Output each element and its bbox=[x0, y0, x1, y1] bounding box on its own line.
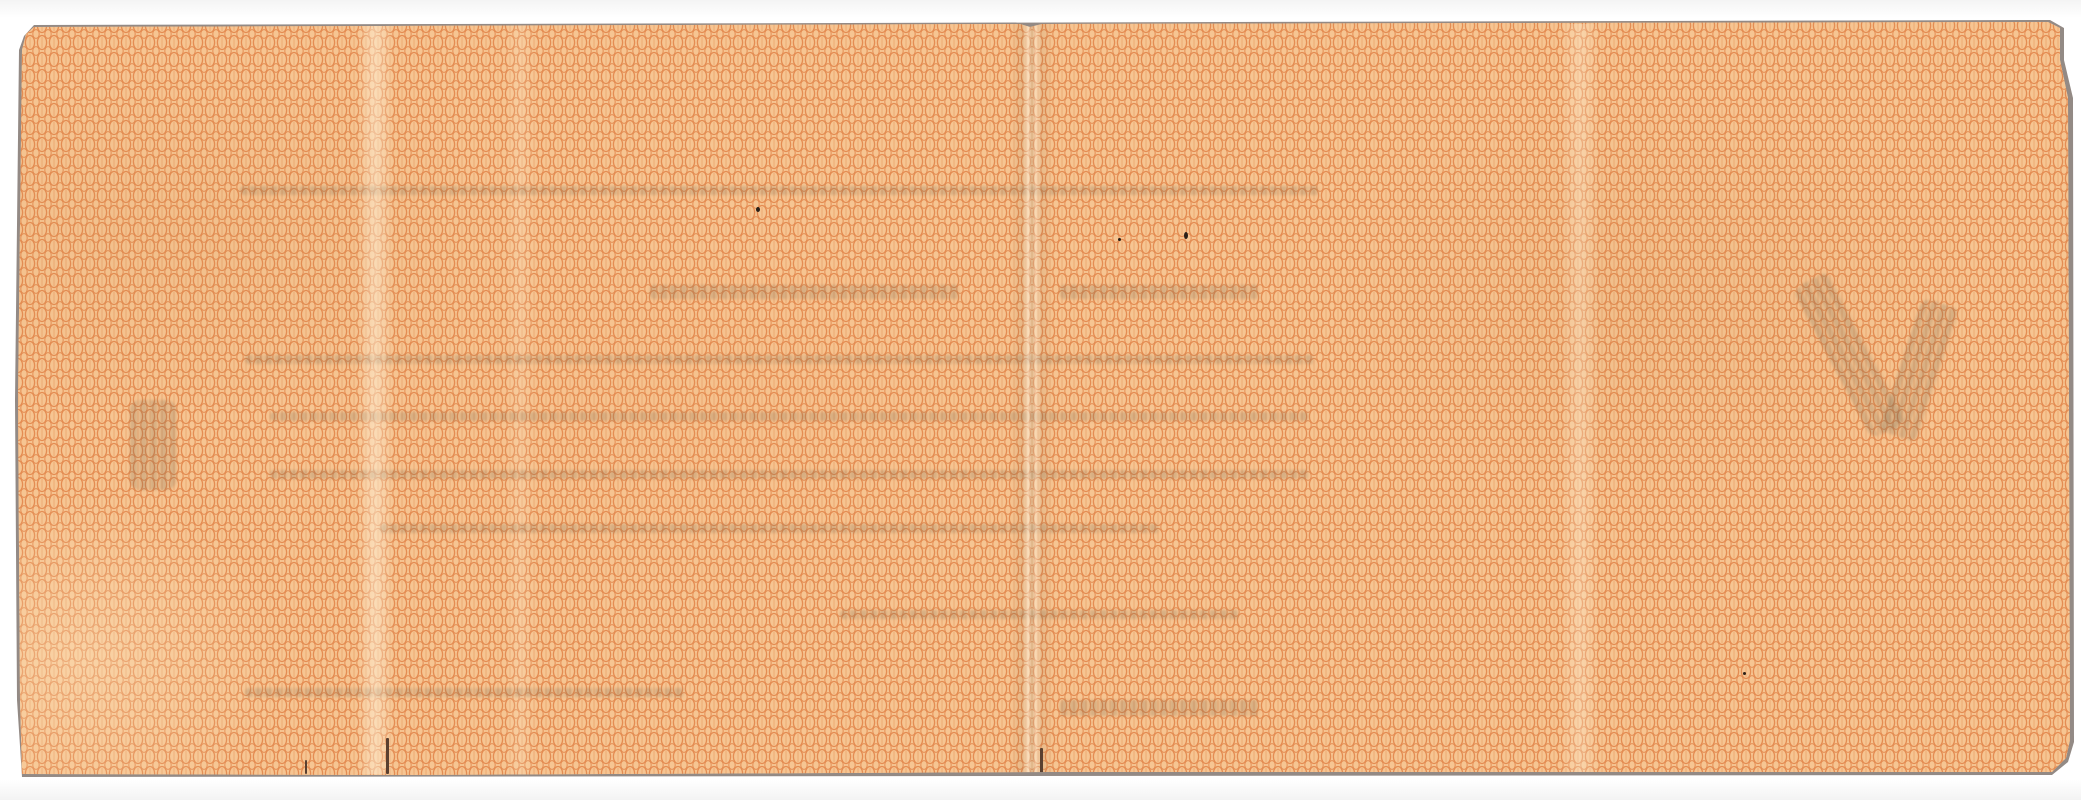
bleed-through-line bbox=[240, 186, 1320, 195]
bleed-through-line bbox=[270, 412, 1310, 421]
bleed-through-line bbox=[650, 285, 960, 299]
bleed-through-line bbox=[245, 355, 1315, 364]
edge-tear bbox=[386, 738, 389, 774]
bleed-through-line bbox=[245, 688, 685, 697]
center-fold bbox=[1010, 24, 1054, 774]
bleed-through-numeral bbox=[1879, 297, 1960, 443]
ink-speck bbox=[756, 207, 760, 212]
bleed-through-line bbox=[1060, 285, 1260, 299]
bleed-through-numeral bbox=[130, 400, 176, 490]
paper-sheet: ​ bbox=[0, 0, 2081, 800]
paper-crease bbox=[1560, 24, 1600, 774]
bleed-through-line bbox=[270, 470, 1310, 479]
edge-tear bbox=[305, 760, 307, 774]
ink-speck bbox=[1743, 672, 1746, 675]
ink-speck bbox=[1118, 238, 1121, 241]
edge-tear bbox=[1040, 748, 1043, 774]
paper-crease bbox=[355, 24, 395, 774]
ink-speck bbox=[1184, 232, 1188, 239]
bleed-through-line bbox=[1060, 700, 1260, 716]
